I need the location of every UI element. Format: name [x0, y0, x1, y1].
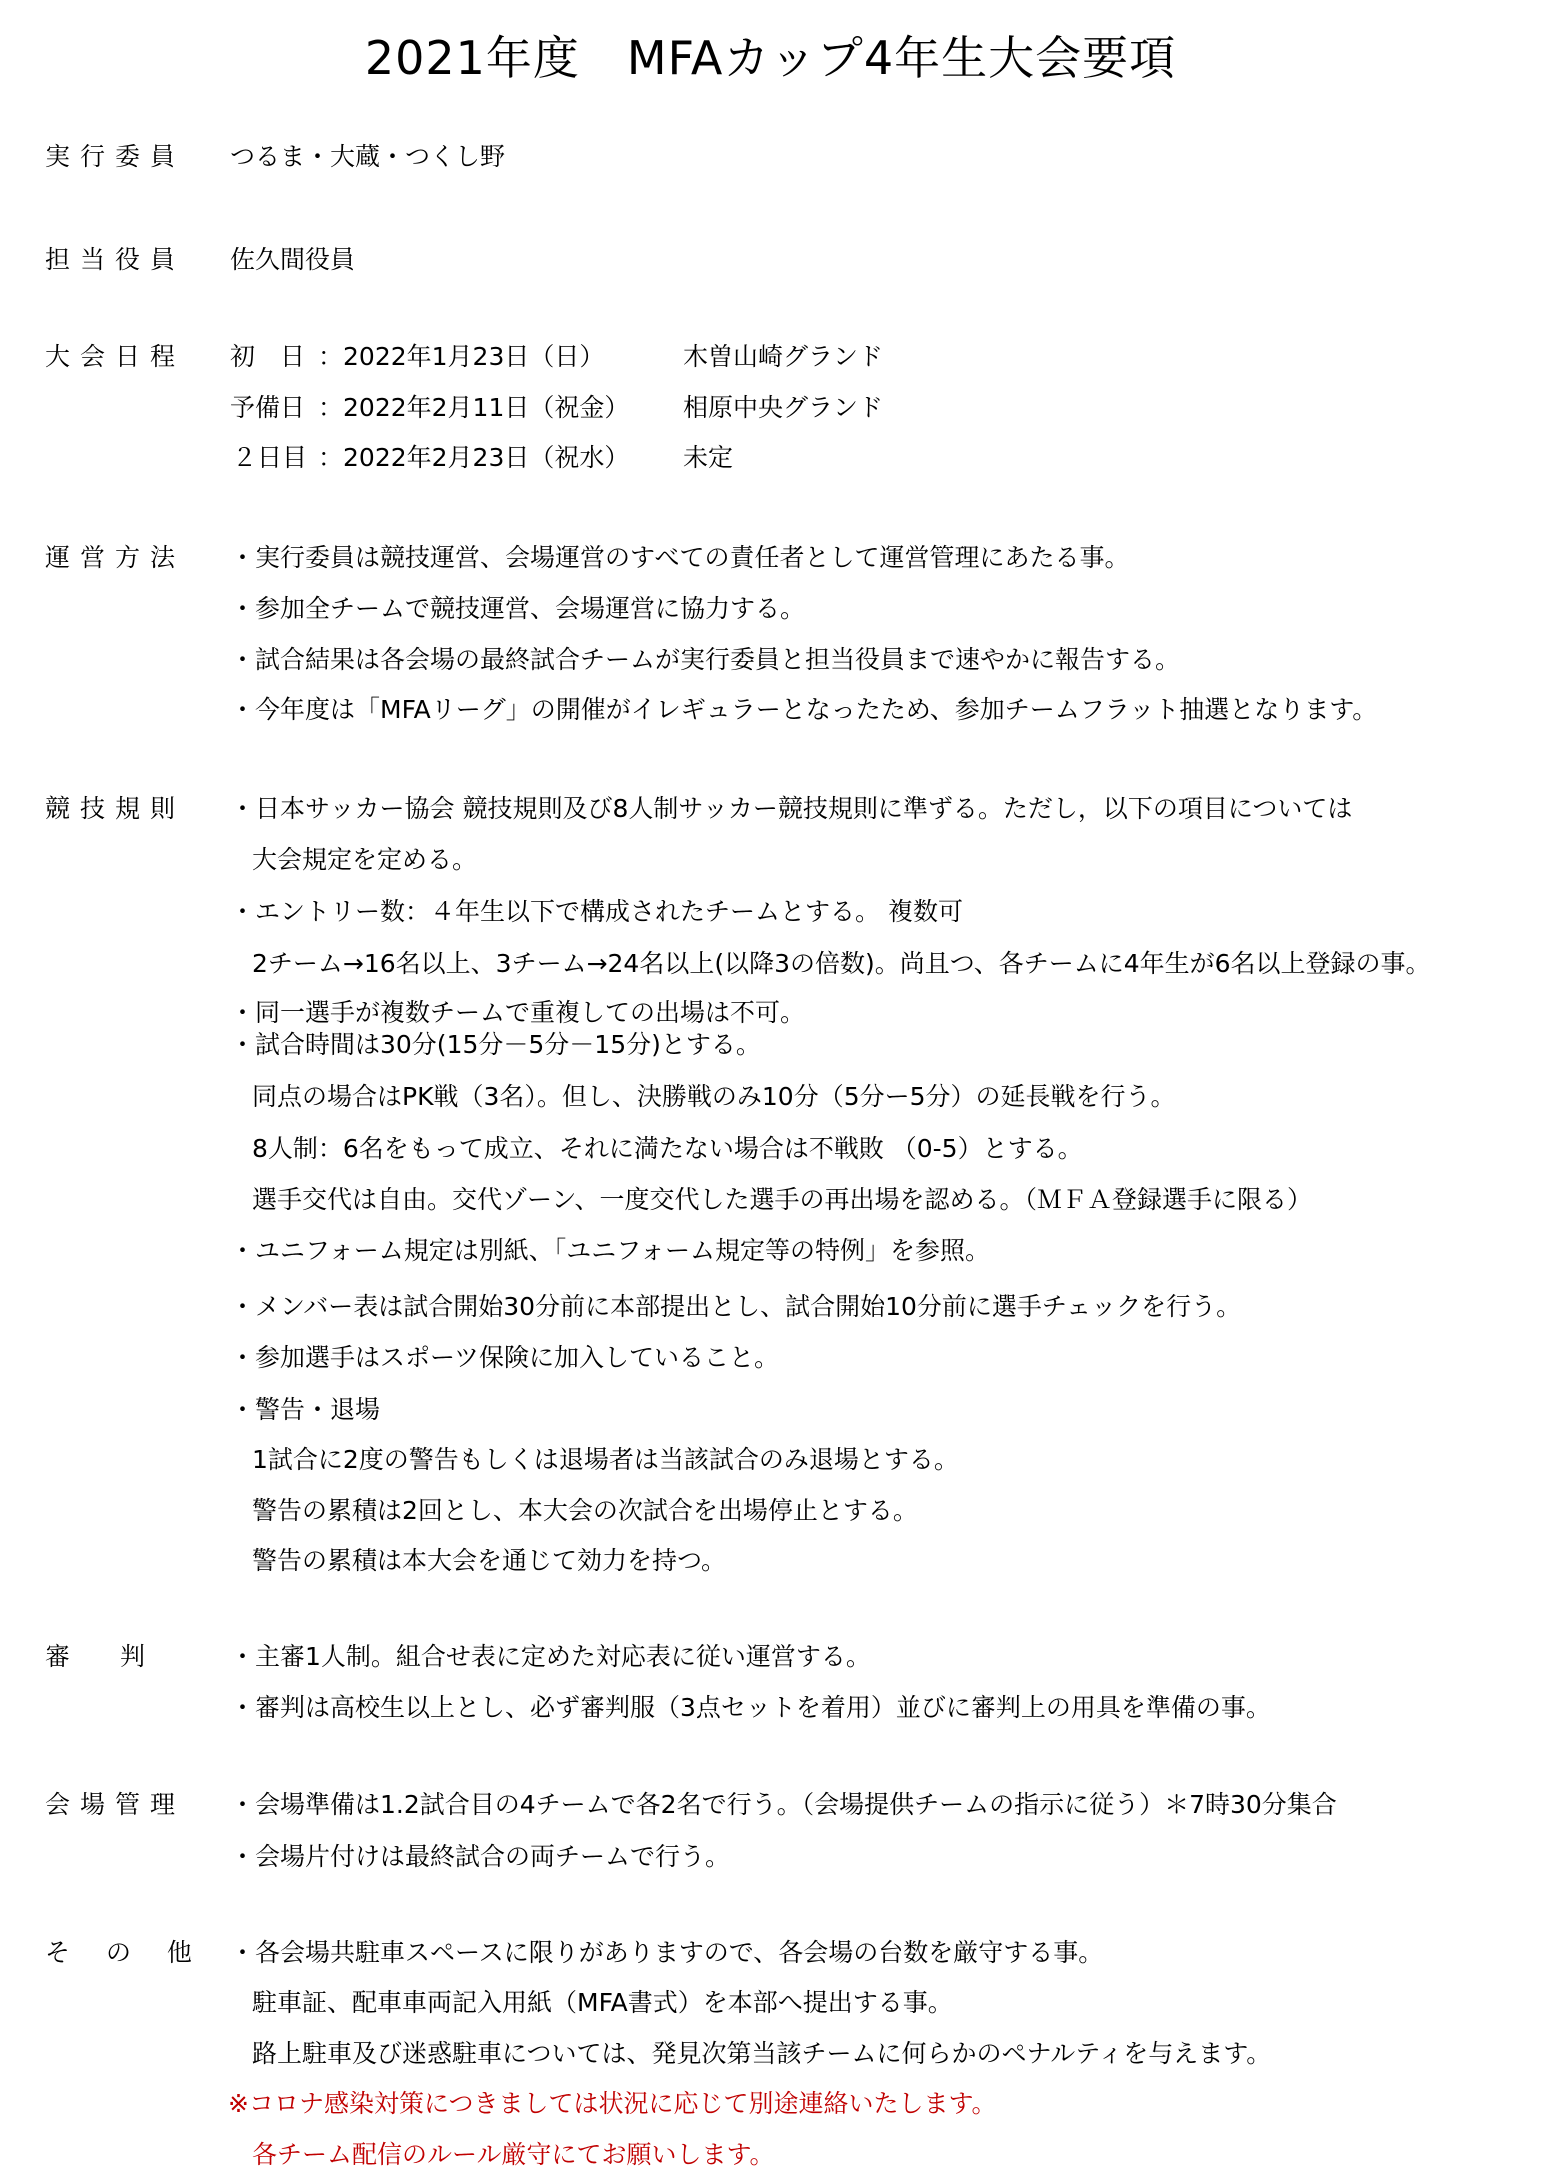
schedule-venue-1: 木曽山崎グランド: [683, 337, 883, 373]
label-referee: 審 判: [45, 1637, 145, 1673]
schedule-date-3: ：2022年2月23日（祝水）: [318, 438, 629, 474]
rules-line: ・同一選手が複数チームで重複しての出場は不可。: [230, 993, 805, 1029]
operation-line: ・参加全チームで競技運営、会場運営に協力する。: [230, 589, 805, 625]
other-line: ・各会場共駐車スペースに限りがありますので、各会場の台数を厳守する事。: [230, 1933, 1103, 1969]
rules-line: ・警告・退場: [230, 1390, 380, 1426]
other-line: 駐車証、配車車両記入用紙（MFA書式）を本部へ提出する事。: [252, 1983, 953, 2019]
rules-line: ・日本サッカー協会 競技規則及び8人制サッカー競技規則に準ずる。ただし，以下の項…: [230, 789, 1352, 825]
rules-line: 8人制：6名をもって成立、それに満たない場合は不戦敗 （0-5）とする。: [252, 1129, 1083, 1165]
label-rules: 競技規則: [45, 789, 185, 825]
operation-line: ・今年度は「MFAリーグ」の開催がイレギュラーとなったため、参加チームフラット抽…: [230, 690, 1377, 726]
covid-note: ※コロナ感染対策につきましては状況に応じて別途連絡いたします。: [228, 2084, 996, 2120]
referee-line: ・審判は高校生以上とし、必ず審判服（3点セットを着用）並びに審判上の用具を準備の…: [230, 1688, 1271, 1724]
rules-line: 2チーム→16名以上、3チーム→24名以上(以降3の倍数)。尚且つ、各チームに4…: [252, 944, 1431, 980]
schedule-date-2: ：2022年2月11日（祝金）: [318, 388, 629, 424]
schedule-venue-3: 未定: [683, 438, 733, 474]
rules-line: ・参加選手はスポーツ保険に加入していること。: [230, 1338, 779, 1374]
rules-line: 大会規定を定める。: [252, 840, 477, 876]
rules-line: ・試合時間は30分(15分－5分－15分)とする。: [230, 1025, 761, 1061]
schedule-day-3: ２日目: [232, 438, 307, 474]
venue-line: ・会場準備は1.2試合目の4チームで各2名で行う。（会場提供チームの指示に従う）…: [230, 1785, 1337, 1821]
rules-line: 警告の累積は2回とし、本大会の次試合を出場停止とする。: [252, 1491, 918, 1527]
operation-line: ・実行委員は競技運営、会場運営のすべての責任者として運営管理にあたる事。: [230, 538, 1130, 574]
operation-line: ・試合結果は各会場の最終試合チームが実行委員と担当役員まで速やかに報告する。: [230, 640, 1180, 676]
document-title: 2021年度 MFAカップ4年生大会要項: [0, 22, 1541, 88]
label-other: そ の 他: [45, 1933, 206, 1969]
schedule-date-1: ：2022年1月23日（日）: [318, 337, 604, 373]
rules-line: ・メンバー表は試合開始30分前に本部提出とし、試合開始10分前に選手チェックを行…: [230, 1287, 1241, 1323]
label-executive-committee: 実行委員: [45, 137, 185, 173]
executive-committee-value: つるま・大蔵・つくし野: [230, 137, 505, 173]
referee-line: ・主審1人制。組合せ表に定めた対応表に従い運営する。: [230, 1637, 871, 1673]
rules-line: ・エントリー数：４年生以下で構成されたチームとする。 複数可: [230, 892, 963, 928]
schedule-day-2: 予備日: [230, 388, 305, 424]
label-operation: 運営方法: [45, 538, 185, 574]
rules-line: 警告の累積は本大会を通じて効力を持つ。: [252, 1541, 726, 1577]
officer-value: 佐久間役員: [230, 240, 355, 276]
label-officer: 担当役員: [45, 240, 185, 276]
label-venue-management: 会場管理: [45, 1785, 185, 1821]
venue-line: ・会場片付けは最終試合の両チームで行う。: [230, 1837, 730, 1873]
rules-line: 同点の場合はPK戦（3名）。但し、決勝戦のみ10分（5分ー5分）の延長戦を行う。: [252, 1077, 1176, 1113]
rules-line: 1試合に2度の警告もしくは退場者は当該試合のみ退場とする。: [252, 1440, 959, 1476]
rules-line: 選手交代は自由。交代ゾーン、一度交代した選手の再出場を認める。（ＭＦＡ登録選手に…: [252, 1180, 1312, 1216]
other-line: 路上駐車及び迷惑駐車については、発見次第当該チームに何らかのペナルティを与えます…: [252, 2034, 1271, 2070]
rules-line: ・ユニフォーム規定は別紙、「ユニフォーム規定等の特例」を参照。: [230, 1231, 990, 1267]
schedule-day-1: 初 日: [230, 337, 305, 373]
schedule-venue-2: 相原中央グランド: [683, 388, 883, 424]
streaming-rules-note: 各チーム配信のルール厳守にてお願いします。: [252, 2135, 775, 2169]
label-schedule: 大会日程: [45, 337, 185, 373]
